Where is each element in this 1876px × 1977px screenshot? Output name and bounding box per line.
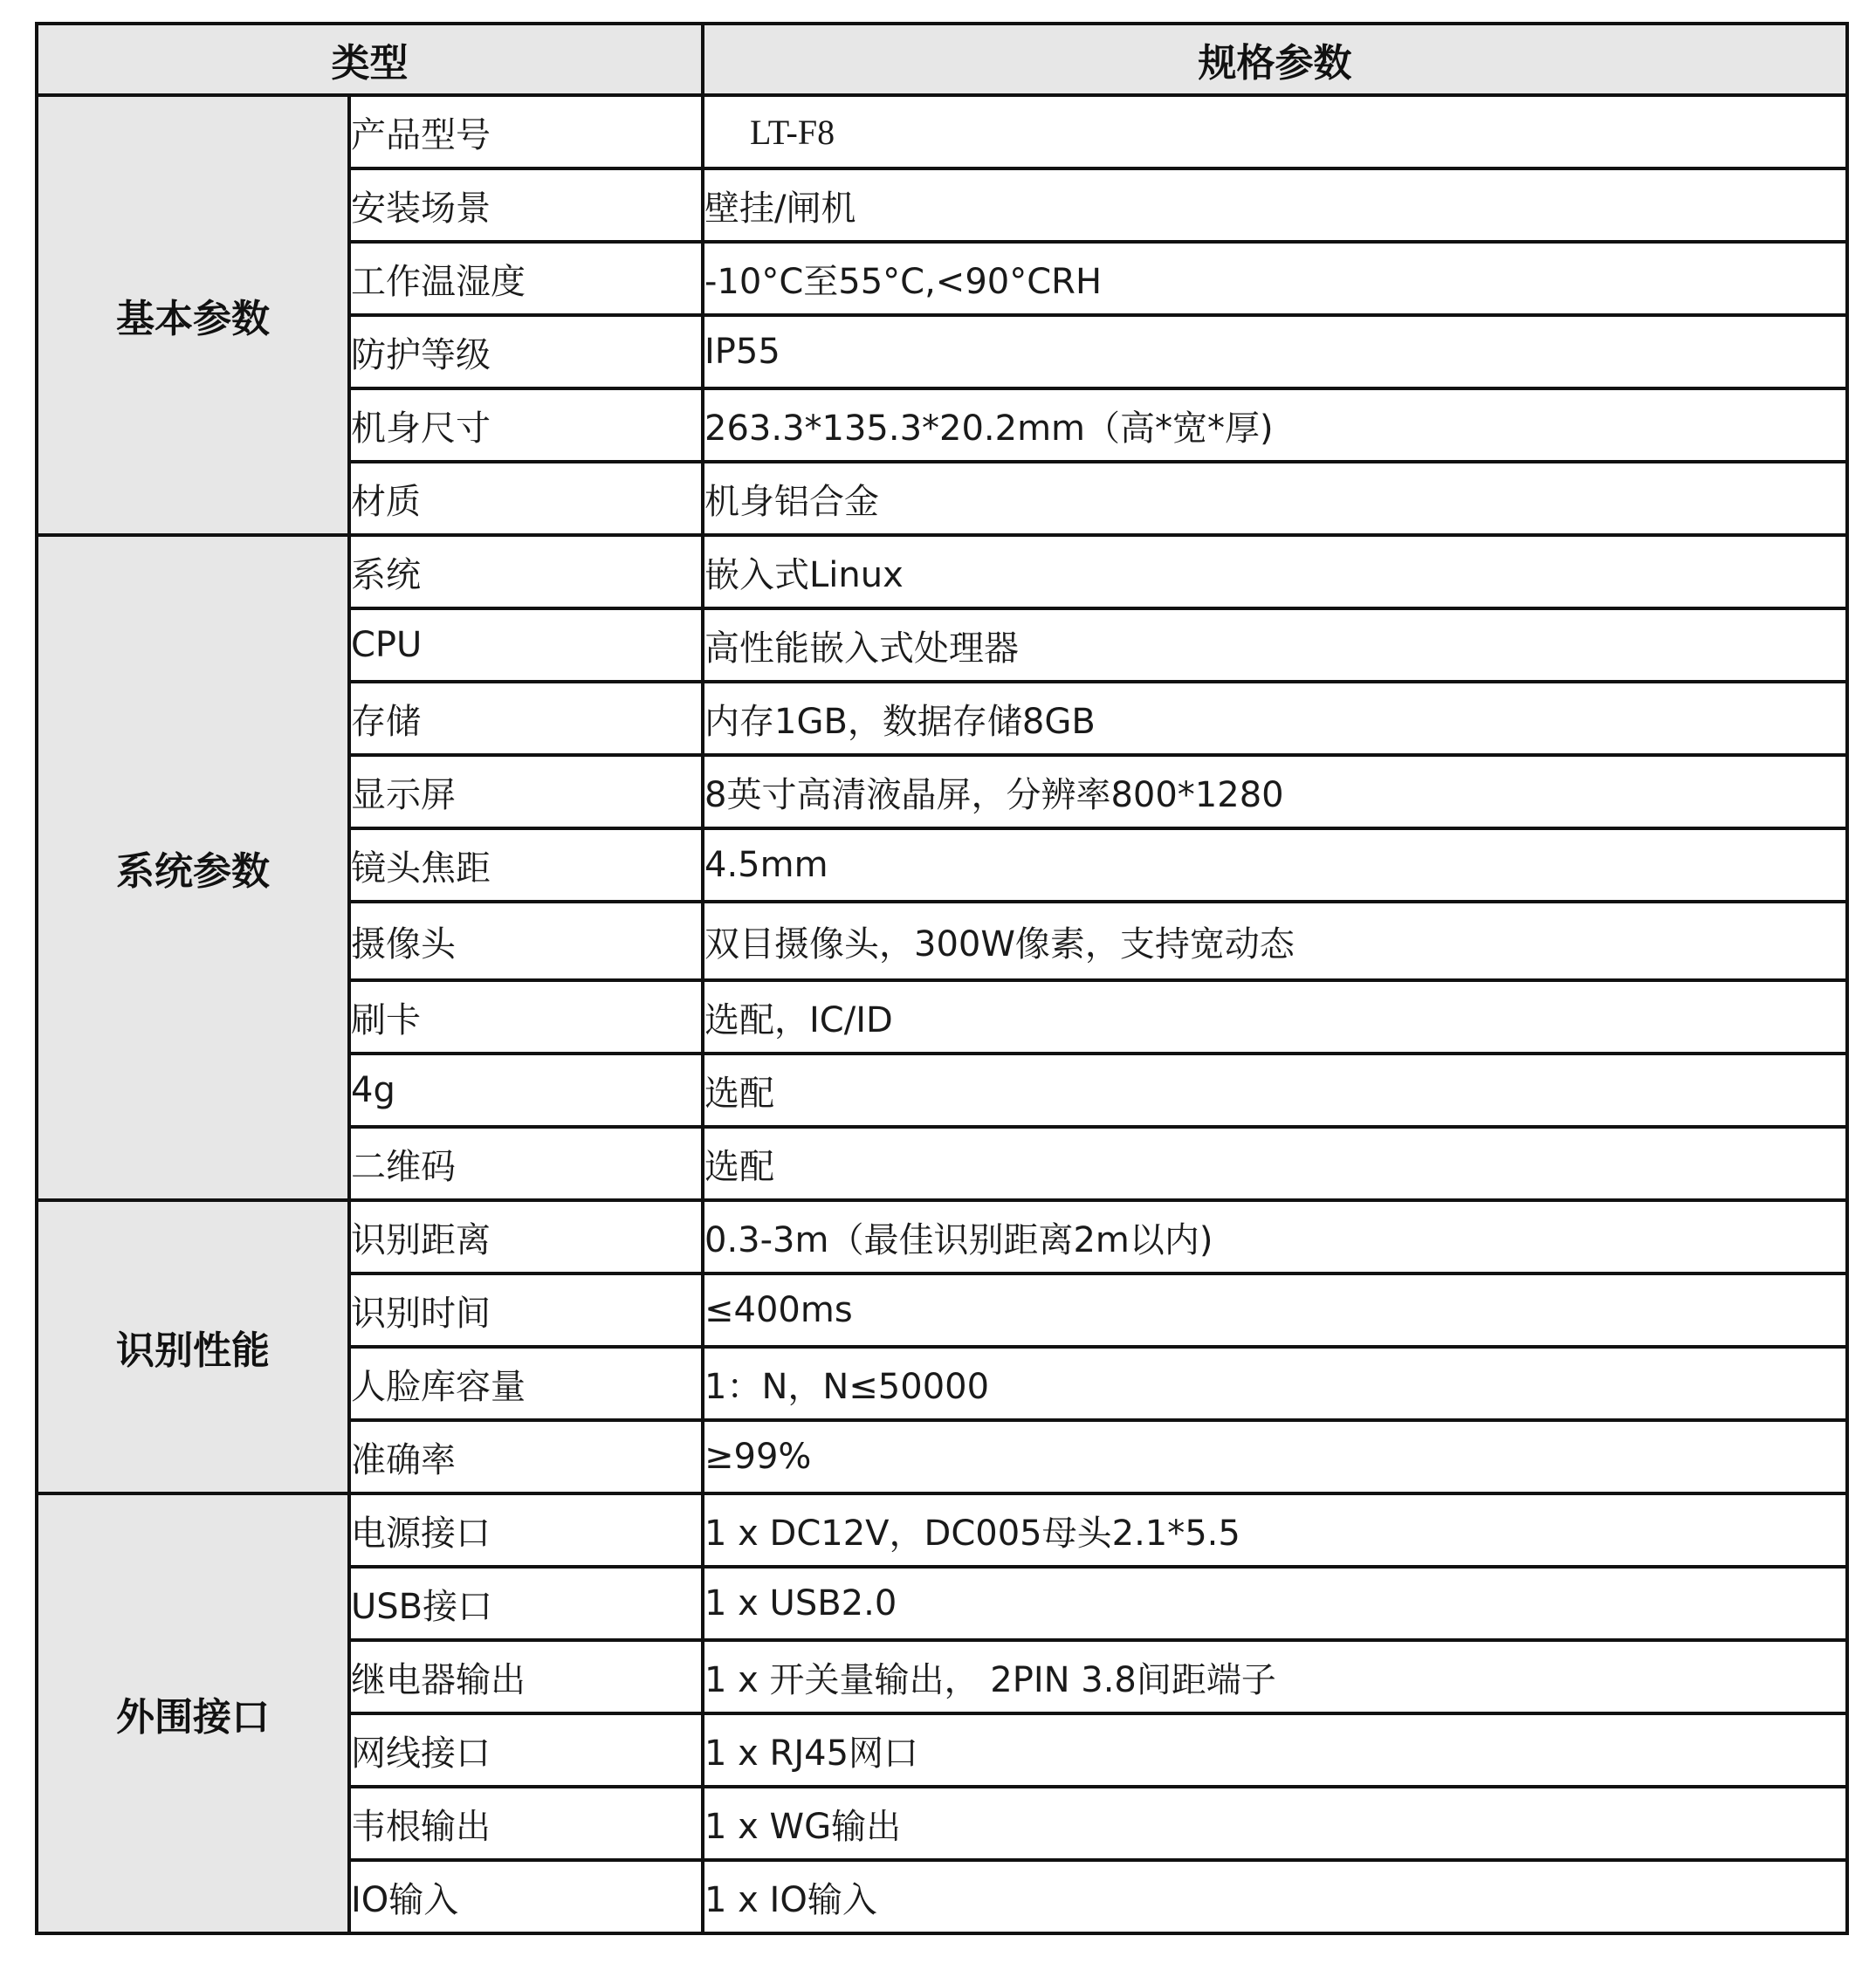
table-header-row: 类型 规格参数 xyxy=(37,24,1847,95)
header-type: 类型 xyxy=(37,24,703,95)
category-system: 系统参数 xyxy=(37,535,349,1200)
item-label: 4g xyxy=(349,1054,703,1127)
item-label: 系统 xyxy=(349,535,703,608)
item-label: 材质 xyxy=(349,462,703,535)
item-value: 选配，IC/ID xyxy=(703,980,1847,1054)
item-label: IO输入 xyxy=(349,1860,703,1933)
item-value: LT-F8 xyxy=(703,95,1847,168)
item-label: 防护等级 xyxy=(349,315,703,388)
item-label: 电源接口 xyxy=(349,1493,703,1567)
item-label: 识别距离 xyxy=(349,1200,703,1273)
item-value: 高性能嵌入式处理器 xyxy=(703,608,1847,682)
item-value: 选配 xyxy=(703,1127,1847,1200)
table-row: 外围接口 电源接口 1 x DC12V，DC005母头2.1*5.5 xyxy=(37,1493,1847,1567)
category-interfaces: 外围接口 xyxy=(37,1493,349,1933)
item-label: 人脸库容量 xyxy=(349,1347,703,1420)
item-label: 机身尺寸 xyxy=(349,388,703,462)
category-recognition: 识别性能 xyxy=(37,1200,349,1493)
item-value: 4.5mm xyxy=(703,828,1847,902)
item-value: -10°C至55°C,<90°CRH xyxy=(703,242,1847,315)
item-value: ≥99% xyxy=(703,1420,1847,1493)
item-value: 机身铝合金 xyxy=(703,462,1847,535)
category-basic: 基本参数 xyxy=(37,95,349,535)
item-value: ≤400ms xyxy=(703,1273,1847,1347)
item-value: 263.3*135.3*20.2mm（高*宽*厚) xyxy=(703,388,1847,462)
header-spec: 规格参数 xyxy=(703,24,1847,95)
item-label: 二维码 xyxy=(349,1127,703,1200)
item-value: 1 x RJ45网口 xyxy=(703,1713,1847,1787)
item-value: 壁挂/闸机 xyxy=(703,168,1847,242)
item-value: IP55 xyxy=(703,315,1847,388)
item-label: 安装场景 xyxy=(349,168,703,242)
item-value: 1 x DC12V，DC005母头2.1*5.5 xyxy=(703,1493,1847,1567)
item-value: 1：N，N≤50000 xyxy=(703,1347,1847,1420)
item-label: 摄像头 xyxy=(349,902,703,980)
spec-table: 类型 规格参数 基本参数 产品型号 LT-F8 安装场景 壁挂/闸机 工作温湿度… xyxy=(35,22,1849,1935)
table-row: 系统参数 系统 嵌入式Linux xyxy=(37,535,1847,608)
item-value: 1 x WG输出 xyxy=(703,1787,1847,1860)
item-label: 显示屏 xyxy=(349,755,703,828)
item-value: 8英寸高清液晶屏，分辨率800*1280 xyxy=(703,755,1847,828)
item-label: 刷卡 xyxy=(349,980,703,1054)
item-value: 1 x 开关量输出， 2PIN 3.8间距端子 xyxy=(703,1640,1847,1713)
item-value: 1 x IO输入 xyxy=(703,1860,1847,1933)
item-value: 选配 xyxy=(703,1054,1847,1127)
item-label: 韦根输出 xyxy=(349,1787,703,1860)
item-label: USB接口 xyxy=(349,1567,703,1640)
item-label: 产品型号 xyxy=(349,95,703,168)
item-value: 双目摄像头，300W像素，支持宽动态 xyxy=(703,902,1847,980)
table-row: 基本参数 产品型号 LT-F8 xyxy=(37,95,1847,168)
table-row: 识别性能 识别距离 0.3-3m（最佳识别距离2m以内) xyxy=(37,1200,1847,1273)
item-label: 镜头焦距 xyxy=(349,828,703,902)
item-value: 1 x USB2.0 xyxy=(703,1567,1847,1640)
item-value: 内存1GB，数据存储8GB xyxy=(703,682,1847,755)
item-label: 工作温湿度 xyxy=(349,242,703,315)
item-label: 存储 xyxy=(349,682,703,755)
item-label: 网线接口 xyxy=(349,1713,703,1787)
item-label: CPU xyxy=(349,608,703,682)
item-label: 准确率 xyxy=(349,1420,703,1493)
item-value: 0.3-3m（最佳识别距离2m以内) xyxy=(703,1200,1847,1273)
item-label: 识别时间 xyxy=(349,1273,703,1347)
item-label: 继电器输出 xyxy=(349,1640,703,1713)
item-value: 嵌入式Linux xyxy=(703,535,1847,608)
